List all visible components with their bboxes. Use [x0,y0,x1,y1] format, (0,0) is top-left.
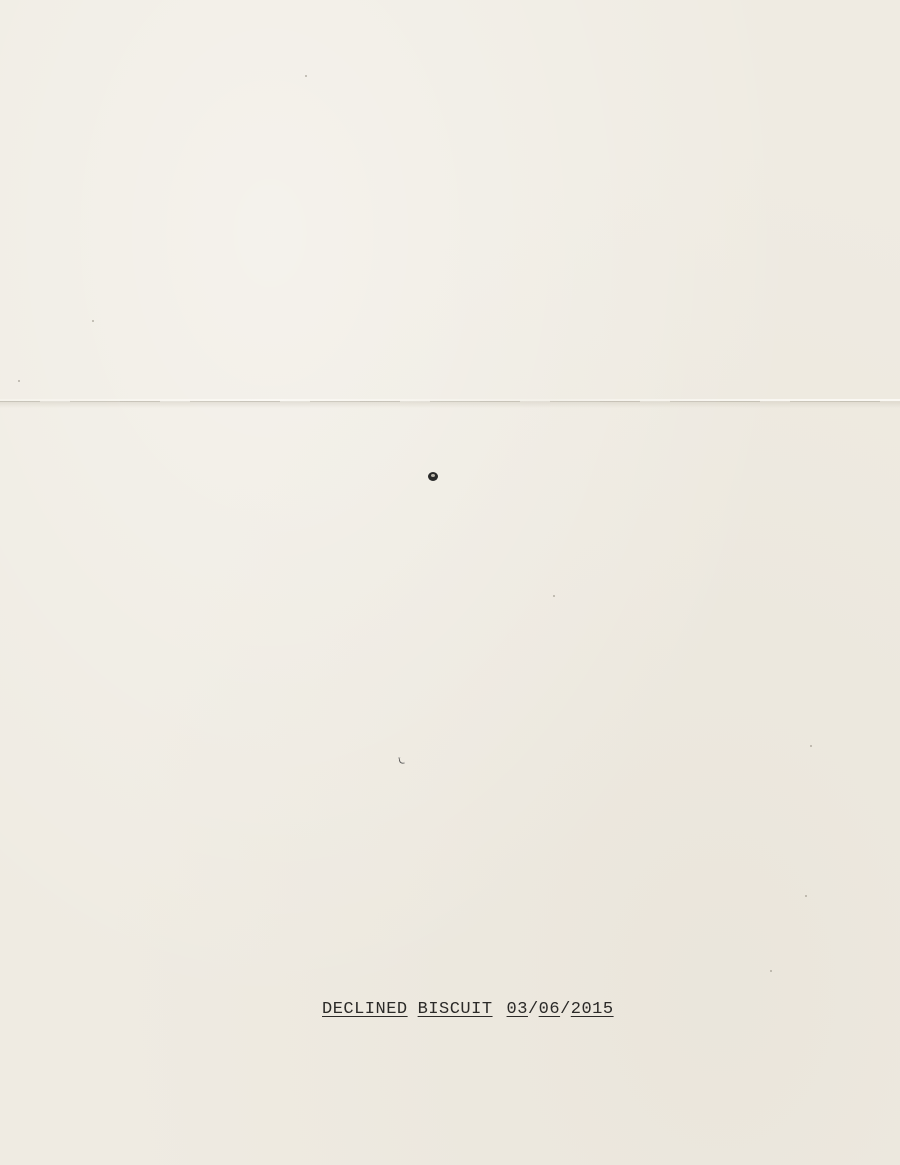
speck [553,595,555,597]
label-word-declined: DECLINED [322,1000,408,1019]
date-month: 03 [507,1000,528,1019]
typed-label: DECLINEDBISCUIT03/06/2015 [322,1000,614,1019]
speck [810,745,812,747]
date-slash: / [528,1000,539,1019]
date-year: 2015 [571,1000,614,1019]
date-day: 06 [539,1000,560,1019]
speck [18,380,20,382]
date-slash: / [560,1000,571,1019]
speck [92,320,94,322]
speck [805,895,807,897]
speck [305,75,307,77]
paper-fold-crease [0,396,900,408]
speck [770,970,772,972]
label-word-biscuit: BISCUIT [418,1000,493,1019]
paper-sheet [0,0,900,1165]
punch-hole [428,472,438,481]
